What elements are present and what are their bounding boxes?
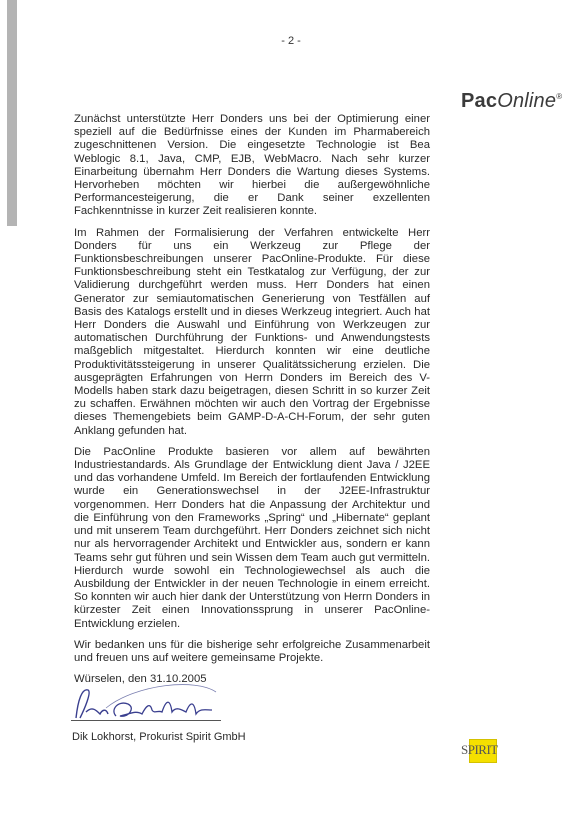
registered-mark: ® (556, 92, 562, 101)
handwritten-signature (66, 680, 266, 730)
paragraph-formalization: Im Rahmen der Formalisierung der Verfahr… (74, 227, 430, 438)
signer-name: Dik Lokhorst, Prokurist Spirit GmbH (72, 731, 246, 743)
spirit-logo: SPIRIT (461, 737, 495, 759)
signature-line (71, 720, 221, 721)
letter-body: Zunächst unterstützte Herr Donders uns b… (74, 113, 430, 694)
paconline-logo: PacOnline® (461, 90, 562, 113)
spirit-logo-text: SPIRIT (461, 742, 498, 758)
paragraph-standards: Die PacOnline Produkte basieren vor alle… (74, 446, 430, 631)
logo-brand-italic: Online (497, 90, 556, 112)
logo-brand-bold: Pac (461, 90, 497, 112)
page-number: - 2 - (0, 35, 582, 47)
paragraph-thanks: Wir bedanken uns für die bisherige sehr … (74, 639, 430, 665)
signature-icon (66, 680, 266, 730)
paragraph-optimization: Zunächst unterstützte Herr Donders uns b… (74, 113, 430, 219)
scan-edge-bar (7, 0, 17, 226)
